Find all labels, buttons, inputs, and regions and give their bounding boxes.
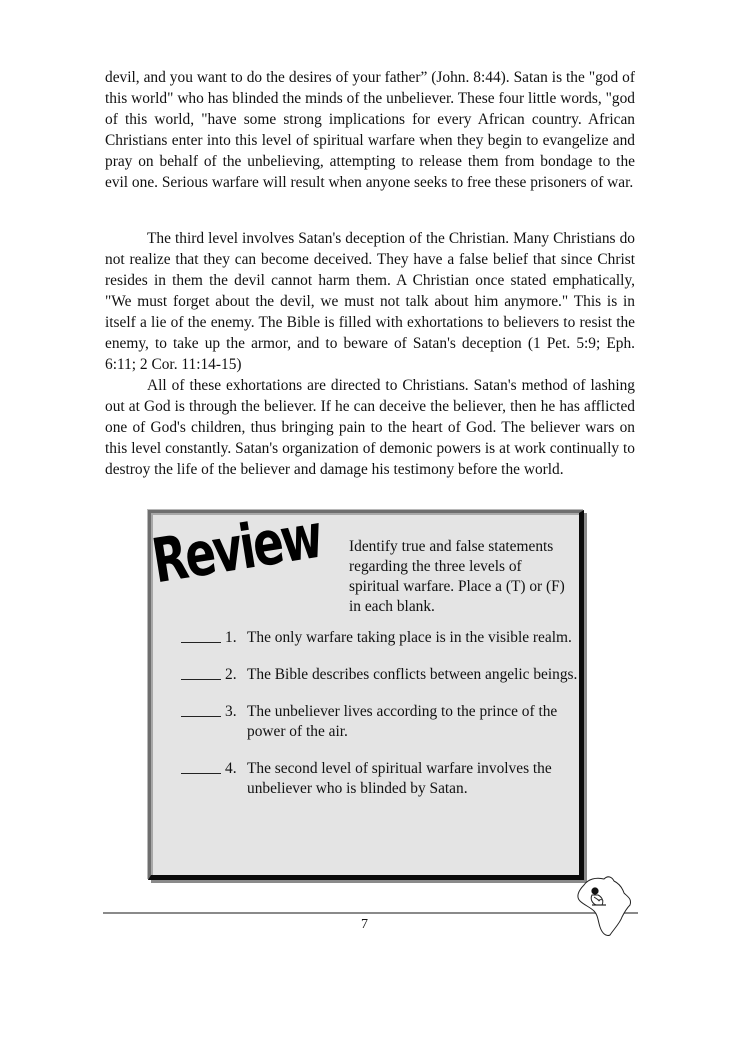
body-paragraph-1: devil, and you want to do the desires of… [105, 67, 635, 193]
question-number: 4. [225, 759, 247, 779]
question-number: 2. [225, 665, 247, 685]
answer-blank-4[interactable] [181, 759, 221, 774]
review-question-1: 1. The only warfare taking place is in t… [181, 628, 581, 648]
question-text: The Bible describes conflicts between an… [247, 665, 581, 685]
answer-blank-3[interactable] [181, 702, 221, 717]
question-number: 1. [225, 628, 247, 648]
review-instructions: Identify true and false statements regar… [349, 537, 574, 617]
body-paragraph-2: The third level involves Satan's decepti… [105, 228, 635, 375]
question-text: The only warfare taking place is in the … [247, 628, 581, 648]
review-title-graphic: Review [148, 511, 294, 625]
question-text: The unbeliever lives according to the pr… [247, 702, 581, 742]
review-box: Review Identify true and false statement… [148, 510, 584, 880]
answer-blank-2[interactable] [181, 665, 221, 680]
paragraph-text: The third level involves Satan's decepti… [105, 228, 635, 375]
review-question-list: 1. The only warfare taking place is in t… [181, 628, 581, 816]
answer-blank-1[interactable] [181, 628, 221, 643]
review-question-4: 4. The second level of spiritual warfare… [181, 759, 581, 799]
paragraph-text: All of these exhortations are directed t… [105, 375, 635, 480]
footer-rule [103, 912, 638, 914]
review-question-2: 2. The Bible describes conflicts between… [181, 665, 581, 685]
question-number: 3. [225, 702, 247, 722]
africa-map-praying-figure-icon [570, 871, 636, 939]
question-text: The second level of spiritual warfare in… [247, 759, 581, 799]
paragraph-text: devil, and you want to do the desires of… [105, 67, 635, 193]
review-question-3: 3. The unbeliever lives according to the… [181, 702, 581, 742]
document-page: devil, and you want to do the desires of… [0, 0, 749, 1060]
page-number: 7 [361, 917, 368, 933]
body-paragraph-3: All of these exhortations are directed t… [105, 375, 635, 480]
